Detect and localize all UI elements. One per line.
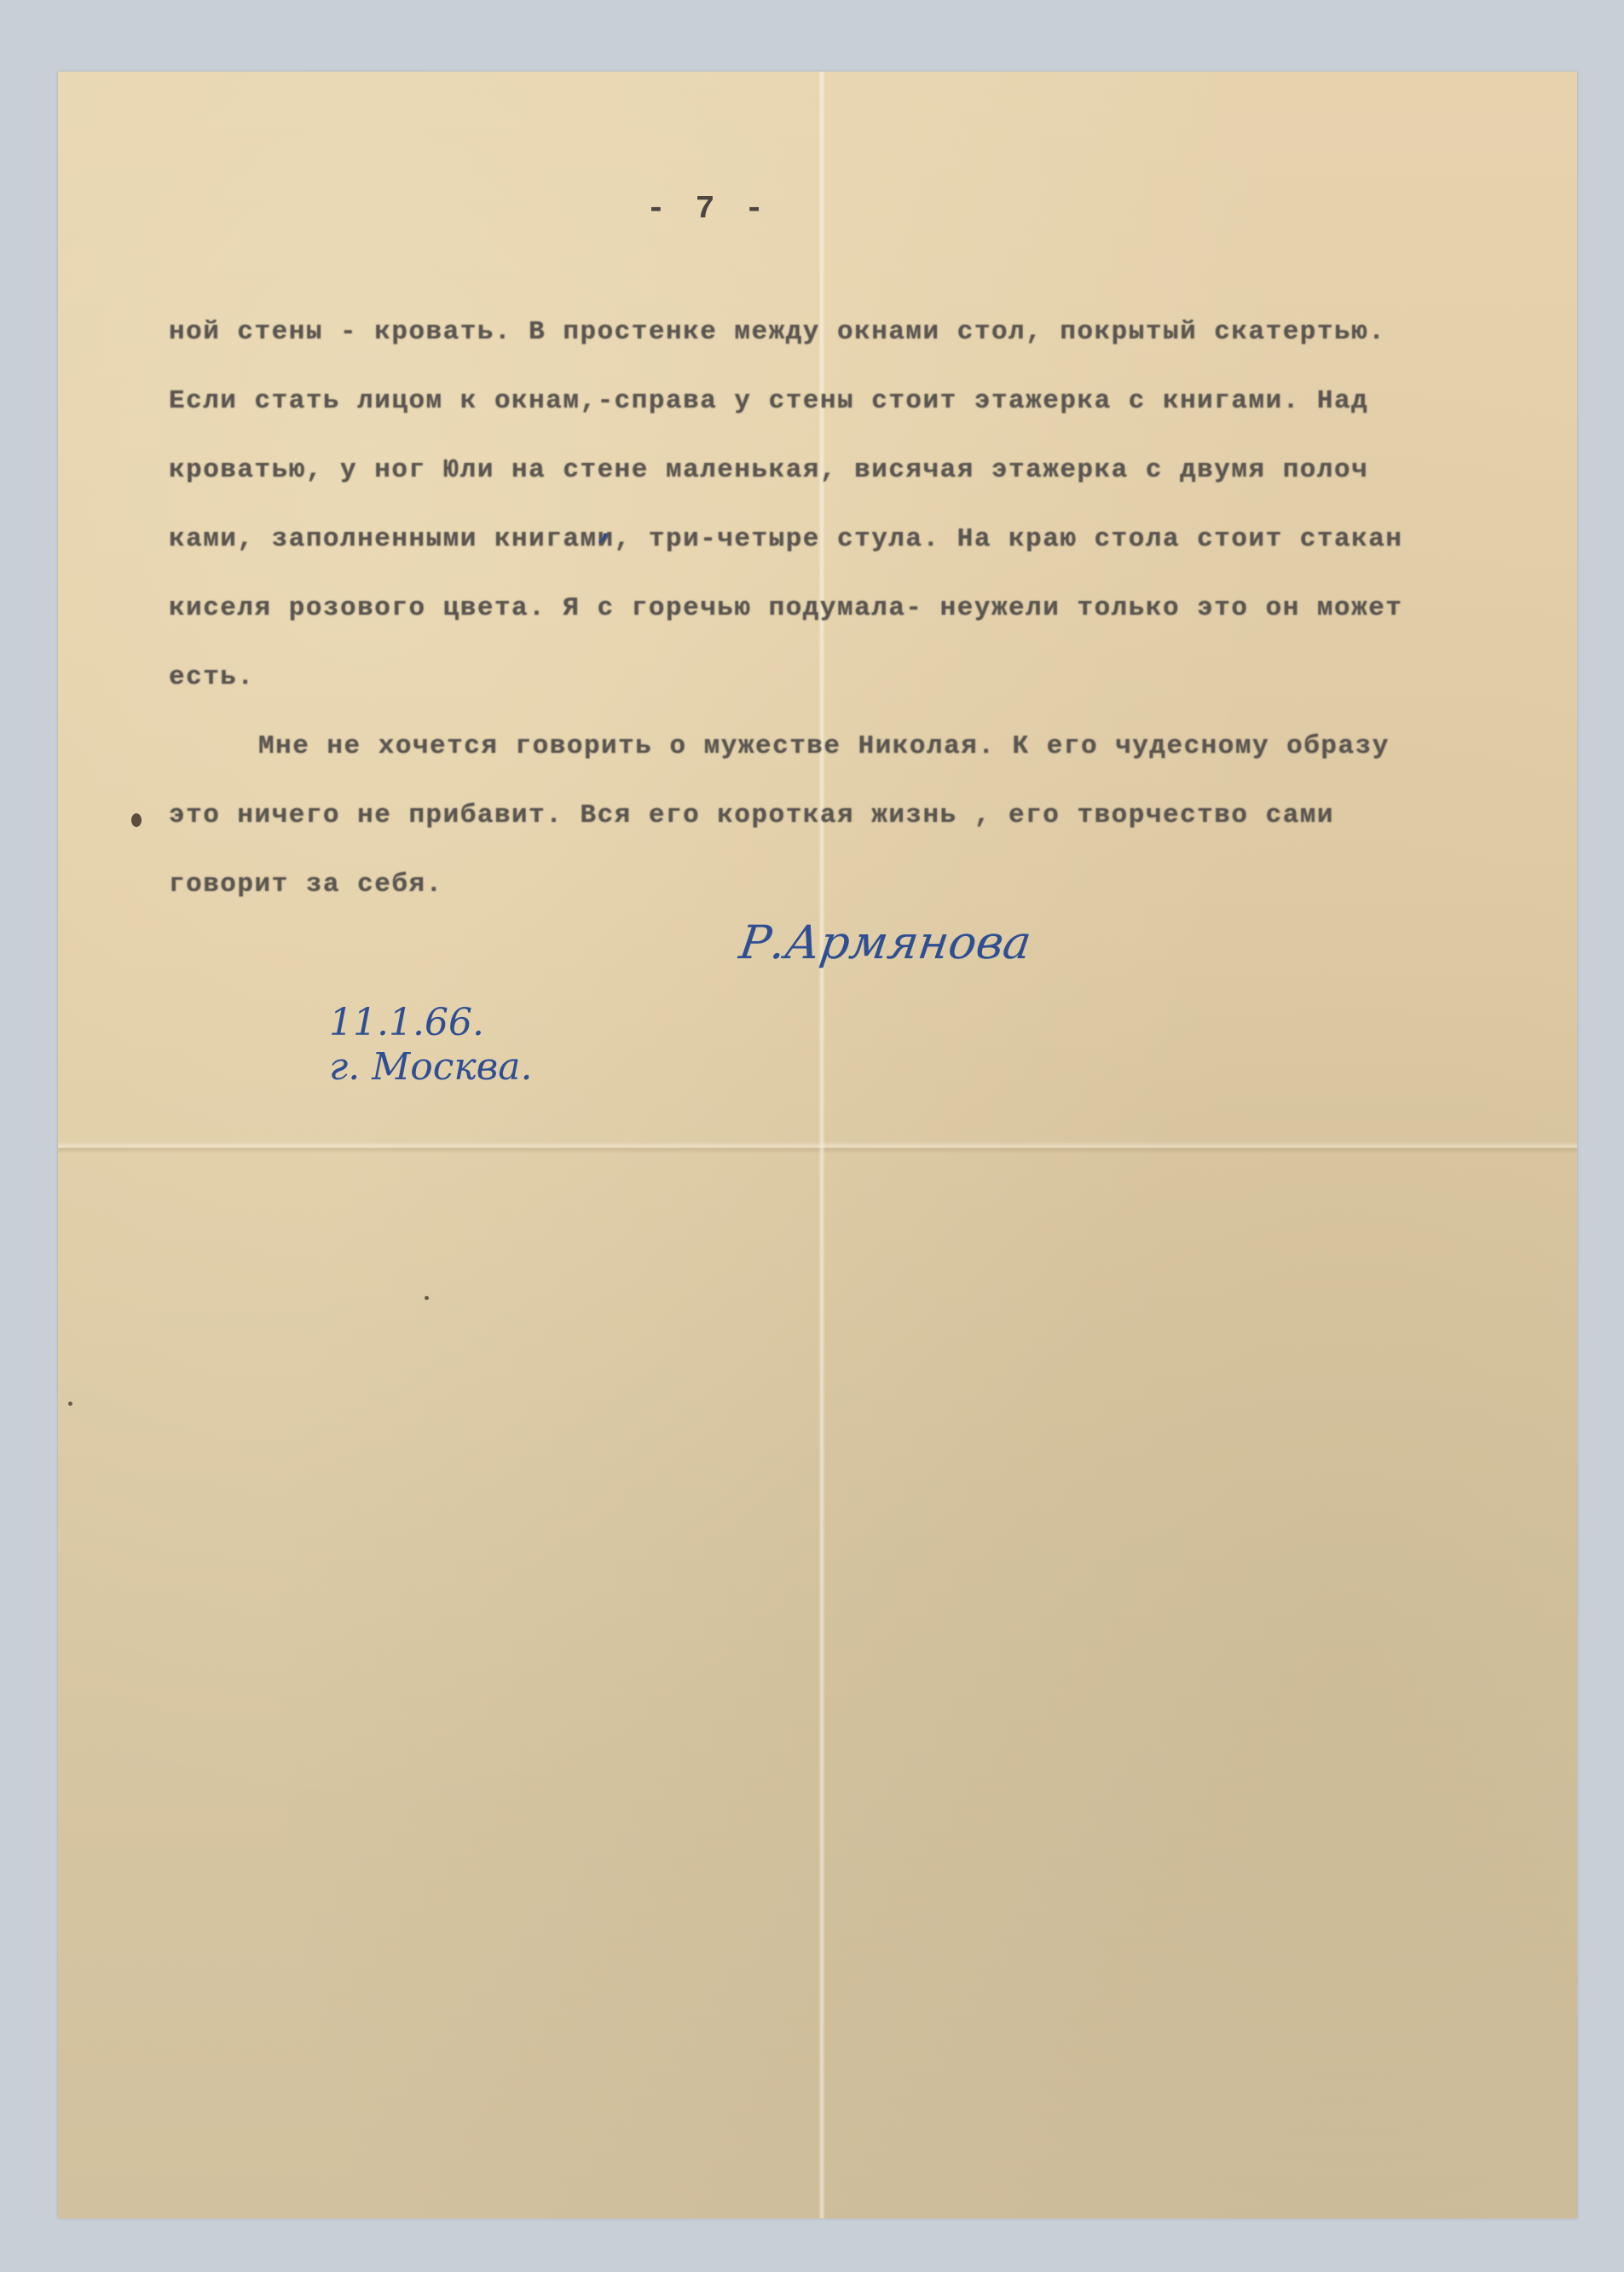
handwritten-date: 11.1.66.: [329, 1001, 533, 1045]
horizontal-fold-crease: [58, 1142, 1577, 1153]
typed-line: ками, заполненными книгами, три-четыре с…: [169, 505, 1584, 574]
handwritten-comma-correction: ,: [598, 500, 610, 548]
signature: Р.Армянова: [737, 916, 1035, 969]
typed-line: киселя розового цвета. Я с горечью подум…: [169, 574, 1584, 643]
margin-ink-dot: [131, 813, 142, 827]
paper-speck: [425, 1296, 429, 1300]
typed-line: есть.: [169, 643, 1584, 712]
typed-line-paragraph-start: Мне не хочется говорить о мужестве Никол…: [169, 712, 1584, 781]
typed-line: это ничего не прибавит. Вся его короткая…: [169, 781, 1584, 850]
letter-page: - 7 - ной стены - кровать. В простенке м…: [58, 72, 1577, 2218]
handwritten-date-place: 11.1.66. г. Москва.: [329, 1001, 533, 1090]
page-number: - 7 -: [646, 191, 769, 228]
typed-line: говорит за себя.: [169, 850, 1584, 919]
handwritten-place: г. Москва.: [329, 1045, 533, 1090]
typed-body: ной стены - кровать. В простенке между о…: [169, 298, 1584, 919]
typed-line: Если стать лицом к окнам,-справа у стены…: [169, 367, 1584, 436]
typed-line: ной стены - кровать. В простенке между о…: [169, 298, 1584, 367]
paper-speck: [68, 1402, 72, 1406]
typed-line: кроватью, у ног Юли на стене маленькая, …: [169, 436, 1584, 505]
